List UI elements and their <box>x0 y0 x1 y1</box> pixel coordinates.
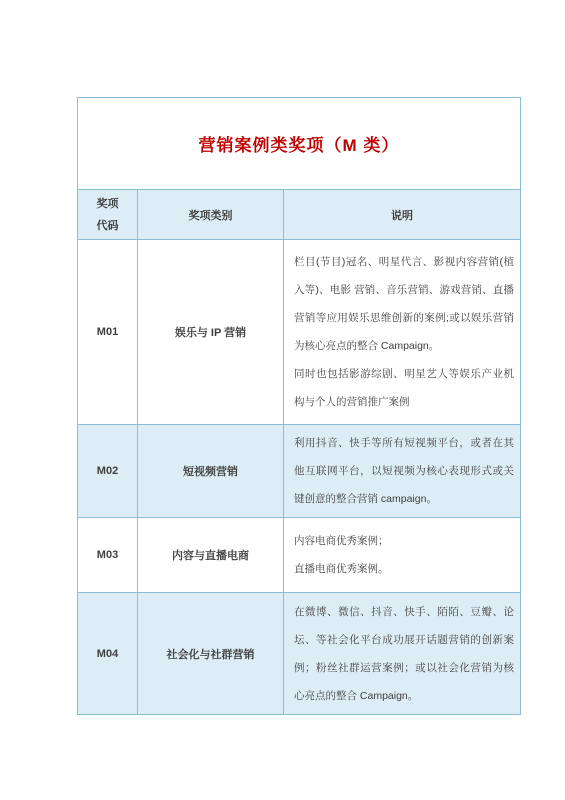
award-description: 利用抖音、快手等所有短视频平台，或者在其他互联网平台，以短视频为核心表现形式或关… <box>284 425 521 518</box>
award-description: 栏目(节目)冠名、明星代言、影视内容营销(植入等)、电影 营销、音乐营销、游戏营… <box>284 240 521 425</box>
award-description: 在微博、微信、抖音、快手、陌陌、豆瓣、论坛、等社会化平台成功展开话题营销的创新案… <box>284 593 521 715</box>
document-page: 营销案例类奖项（M 类） 奖项 代码 奖项类别 说明 M01 娱乐与 IP 营销… <box>0 0 565 800</box>
table-row-m02: M02 短视频营销 利用抖音、快手等所有短视频平台，或者在其他互联网平台，以短视… <box>78 425 521 518</box>
table-row-m04: M04 社会化与社群营销 在微博、微信、抖音、快手、陌陌、豆瓣、论坛、等社会化平… <box>78 593 521 715</box>
table-title-cell: 营销案例类奖项（M 类） <box>78 98 521 190</box>
table-row-m01: M01 娱乐与 IP 营销 栏目(节目)冠名、明星代言、影视内容营销(植入等)、… <box>78 240 521 425</box>
award-code: M03 <box>78 518 138 593</box>
table-title-row: 营销案例类奖项（M 类） <box>78 98 521 190</box>
column-header-description: 说明 <box>284 190 521 240</box>
award-code: M01 <box>78 240 138 425</box>
award-code: M04 <box>78 593 138 715</box>
table-row-m03: M03 内容与直播电商 内容电商优秀案例； 直播电商优秀案例。 <box>78 518 521 593</box>
award-category: 短视频营销 <box>138 425 284 518</box>
award-code: M02 <box>78 425 138 518</box>
column-header-code: 奖项 代码 <box>78 190 138 240</box>
award-category-table: 营销案例类奖项（M 类） 奖项 代码 奖项类别 说明 M01 娱乐与 IP 营销… <box>77 97 521 715</box>
award-category: 娱乐与 IP 营销 <box>138 240 284 425</box>
table-header-row: 奖项 代码 奖项类别 说明 <box>78 190 521 240</box>
award-category: 社会化与社群营销 <box>138 593 284 715</box>
award-category: 内容与直播电商 <box>138 518 284 593</box>
column-header-category: 奖项类别 <box>138 190 284 240</box>
page-title: 营销案例类奖项（M 类） <box>199 136 400 155</box>
award-description: 内容电商优秀案例； 直播电商优秀案例。 <box>284 518 521 593</box>
